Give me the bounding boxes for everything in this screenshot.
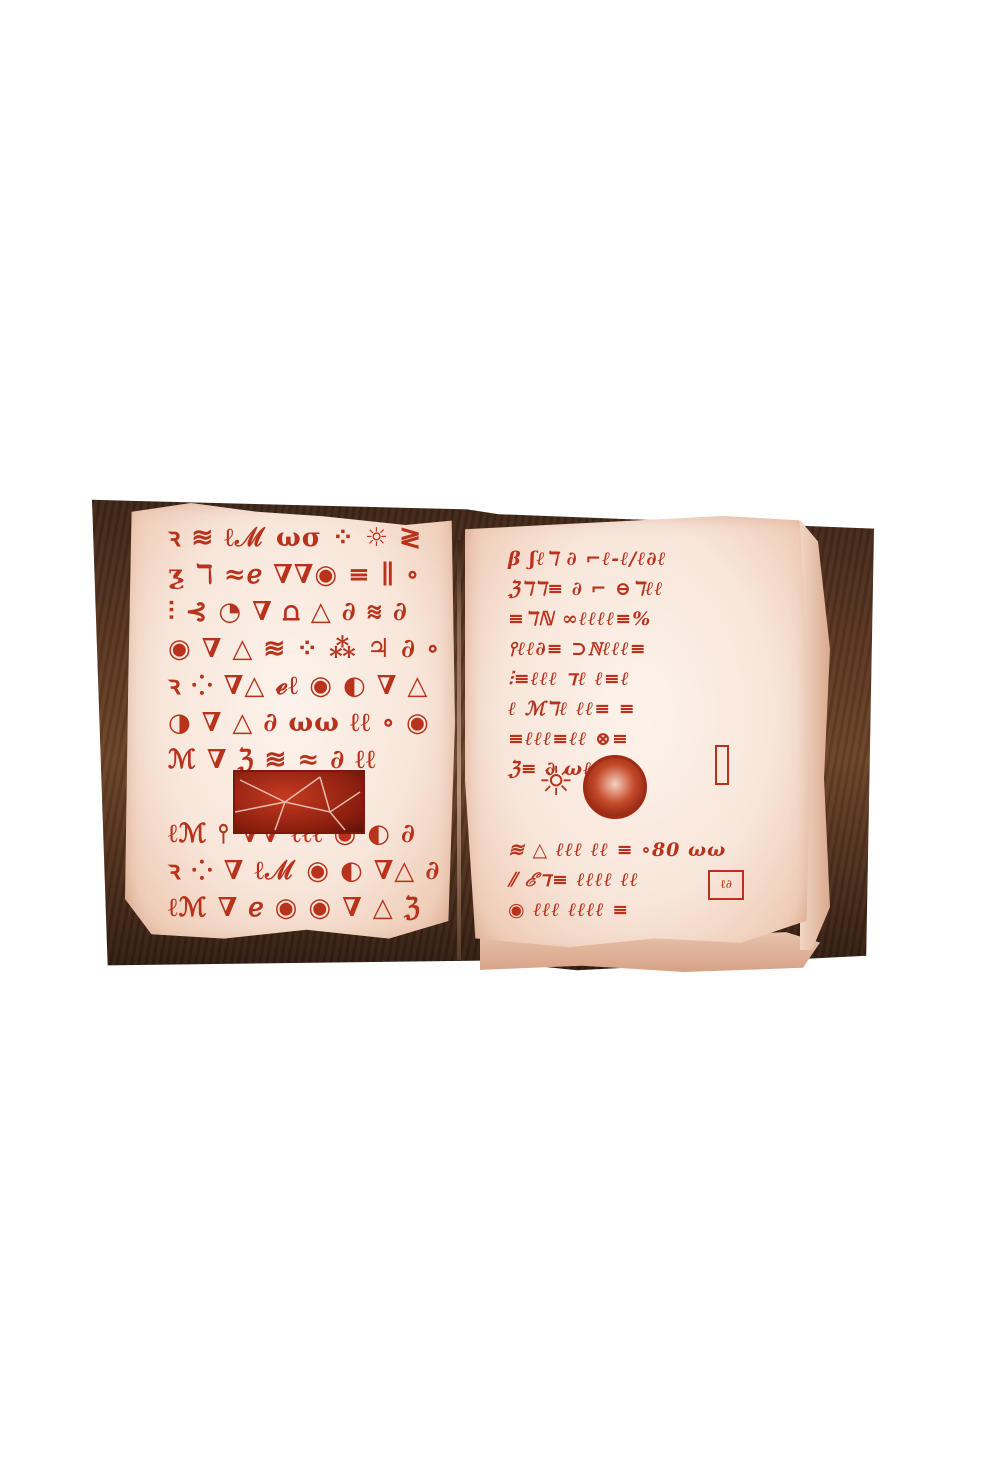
symbol-row: ⫯ℓℓ∂≡ ⊃ℕℓℓℓ≡	[508, 640, 738, 659]
boxed-glyph: ℓ∂	[708, 870, 744, 900]
symbol-row: ꝛ ⁘ ∇△ ℯℓ ◉ ◐ ∇ △	[168, 673, 428, 699]
cracked-red-seal	[233, 770, 365, 834]
book-spine	[457, 540, 461, 960]
sunburst-symbol-icon: ☼	[538, 758, 574, 805]
cartouche-pillar-icon	[715, 745, 729, 785]
symbol-row: ≡ℓℓℓ≡ℓℓ ⊗≡	[508, 730, 738, 749]
symbol-row: ◑ ∇ △ ∂ ωω ℓℓ ∘ ◉	[168, 710, 428, 736]
symbol-row: β ʃℓℸ ∂ ⌐ℓ-ℓ/ℓ∂ℓ	[508, 550, 738, 569]
symbol-row: ℓ ℳℸℓ ℓℓ≡ ≡	[508, 700, 738, 719]
symbol-row: ⫶≡ℓℓℓ ℸℓ ℓ≡ℓ	[508, 670, 738, 689]
right-page-symbols: β ʃℓℸ ∂ ⌐ℓ-ℓ/ℓ∂ℓ ℨℸℸ≡ ∂ ⌐ ⊖ℸℓℓ ≡ℸℕ ∞ℓℓℓℓ…	[508, 550, 738, 931]
symbol-row: ℨℸℸ≡ ∂ ⌐ ⊖ℸℓℓ	[508, 580, 738, 599]
left-page-symbols: ꝛ ≋ ℓℳ ωσ ⁘ ☼ ≷ ƺ ℸ ≈ℯ ∇∇◉ ≡ ∥ ∘ ⫶ ⊰ ◔ ∇…	[168, 525, 428, 932]
symbol-row: ⫶ ⊰ ◔ ∇ ⩍ △ ∂ ≋ ∂	[168, 599, 428, 625]
book-photo: ꝛ ≋ ℓℳ ωσ ⁘ ☼ ≷ ƺ ℸ ≈ℯ ∇∇◉ ≡ ∥ ∘ ⫶ ⊰ ◔ ∇…	[0, 0, 987, 1480]
symbol-row: ƺ ℸ ≈ℯ ∇∇◉ ≡ ∥ ∘	[168, 562, 428, 588]
symbol-row: ≋ △ ℓℓℓ ℓℓ ≡ ∘80 ωω	[508, 841, 738, 860]
symbol-row: ◉ ℓℓℓ ℓℓℓℓ ≡	[508, 901, 738, 920]
symbol-row: ꝛ ⁘ ∇ ℓℳ ◉ ◐ ∇△ ∂	[168, 858, 428, 884]
symbol-row: ⫽ ℰℸ≡ ℓℓℓℓ ℓℓ	[508, 871, 738, 890]
symbol-row: ◉ ∇ △ ≋ ⁘ ⁂ ♃ ∂ ∘	[168, 636, 428, 662]
symbol-row: ≡ℸℕ ∞ℓℓℓℓ≡%	[508, 610, 738, 629]
medallion-face-icon	[583, 755, 647, 819]
symbol-row: ℓℳ ∇ ℯ ◉ ◉ ∇ △ ℨ	[168, 895, 428, 921]
symbol-row: ꝛ ≋ ℓℳ ωσ ⁘ ☼ ≷	[168, 525, 428, 551]
